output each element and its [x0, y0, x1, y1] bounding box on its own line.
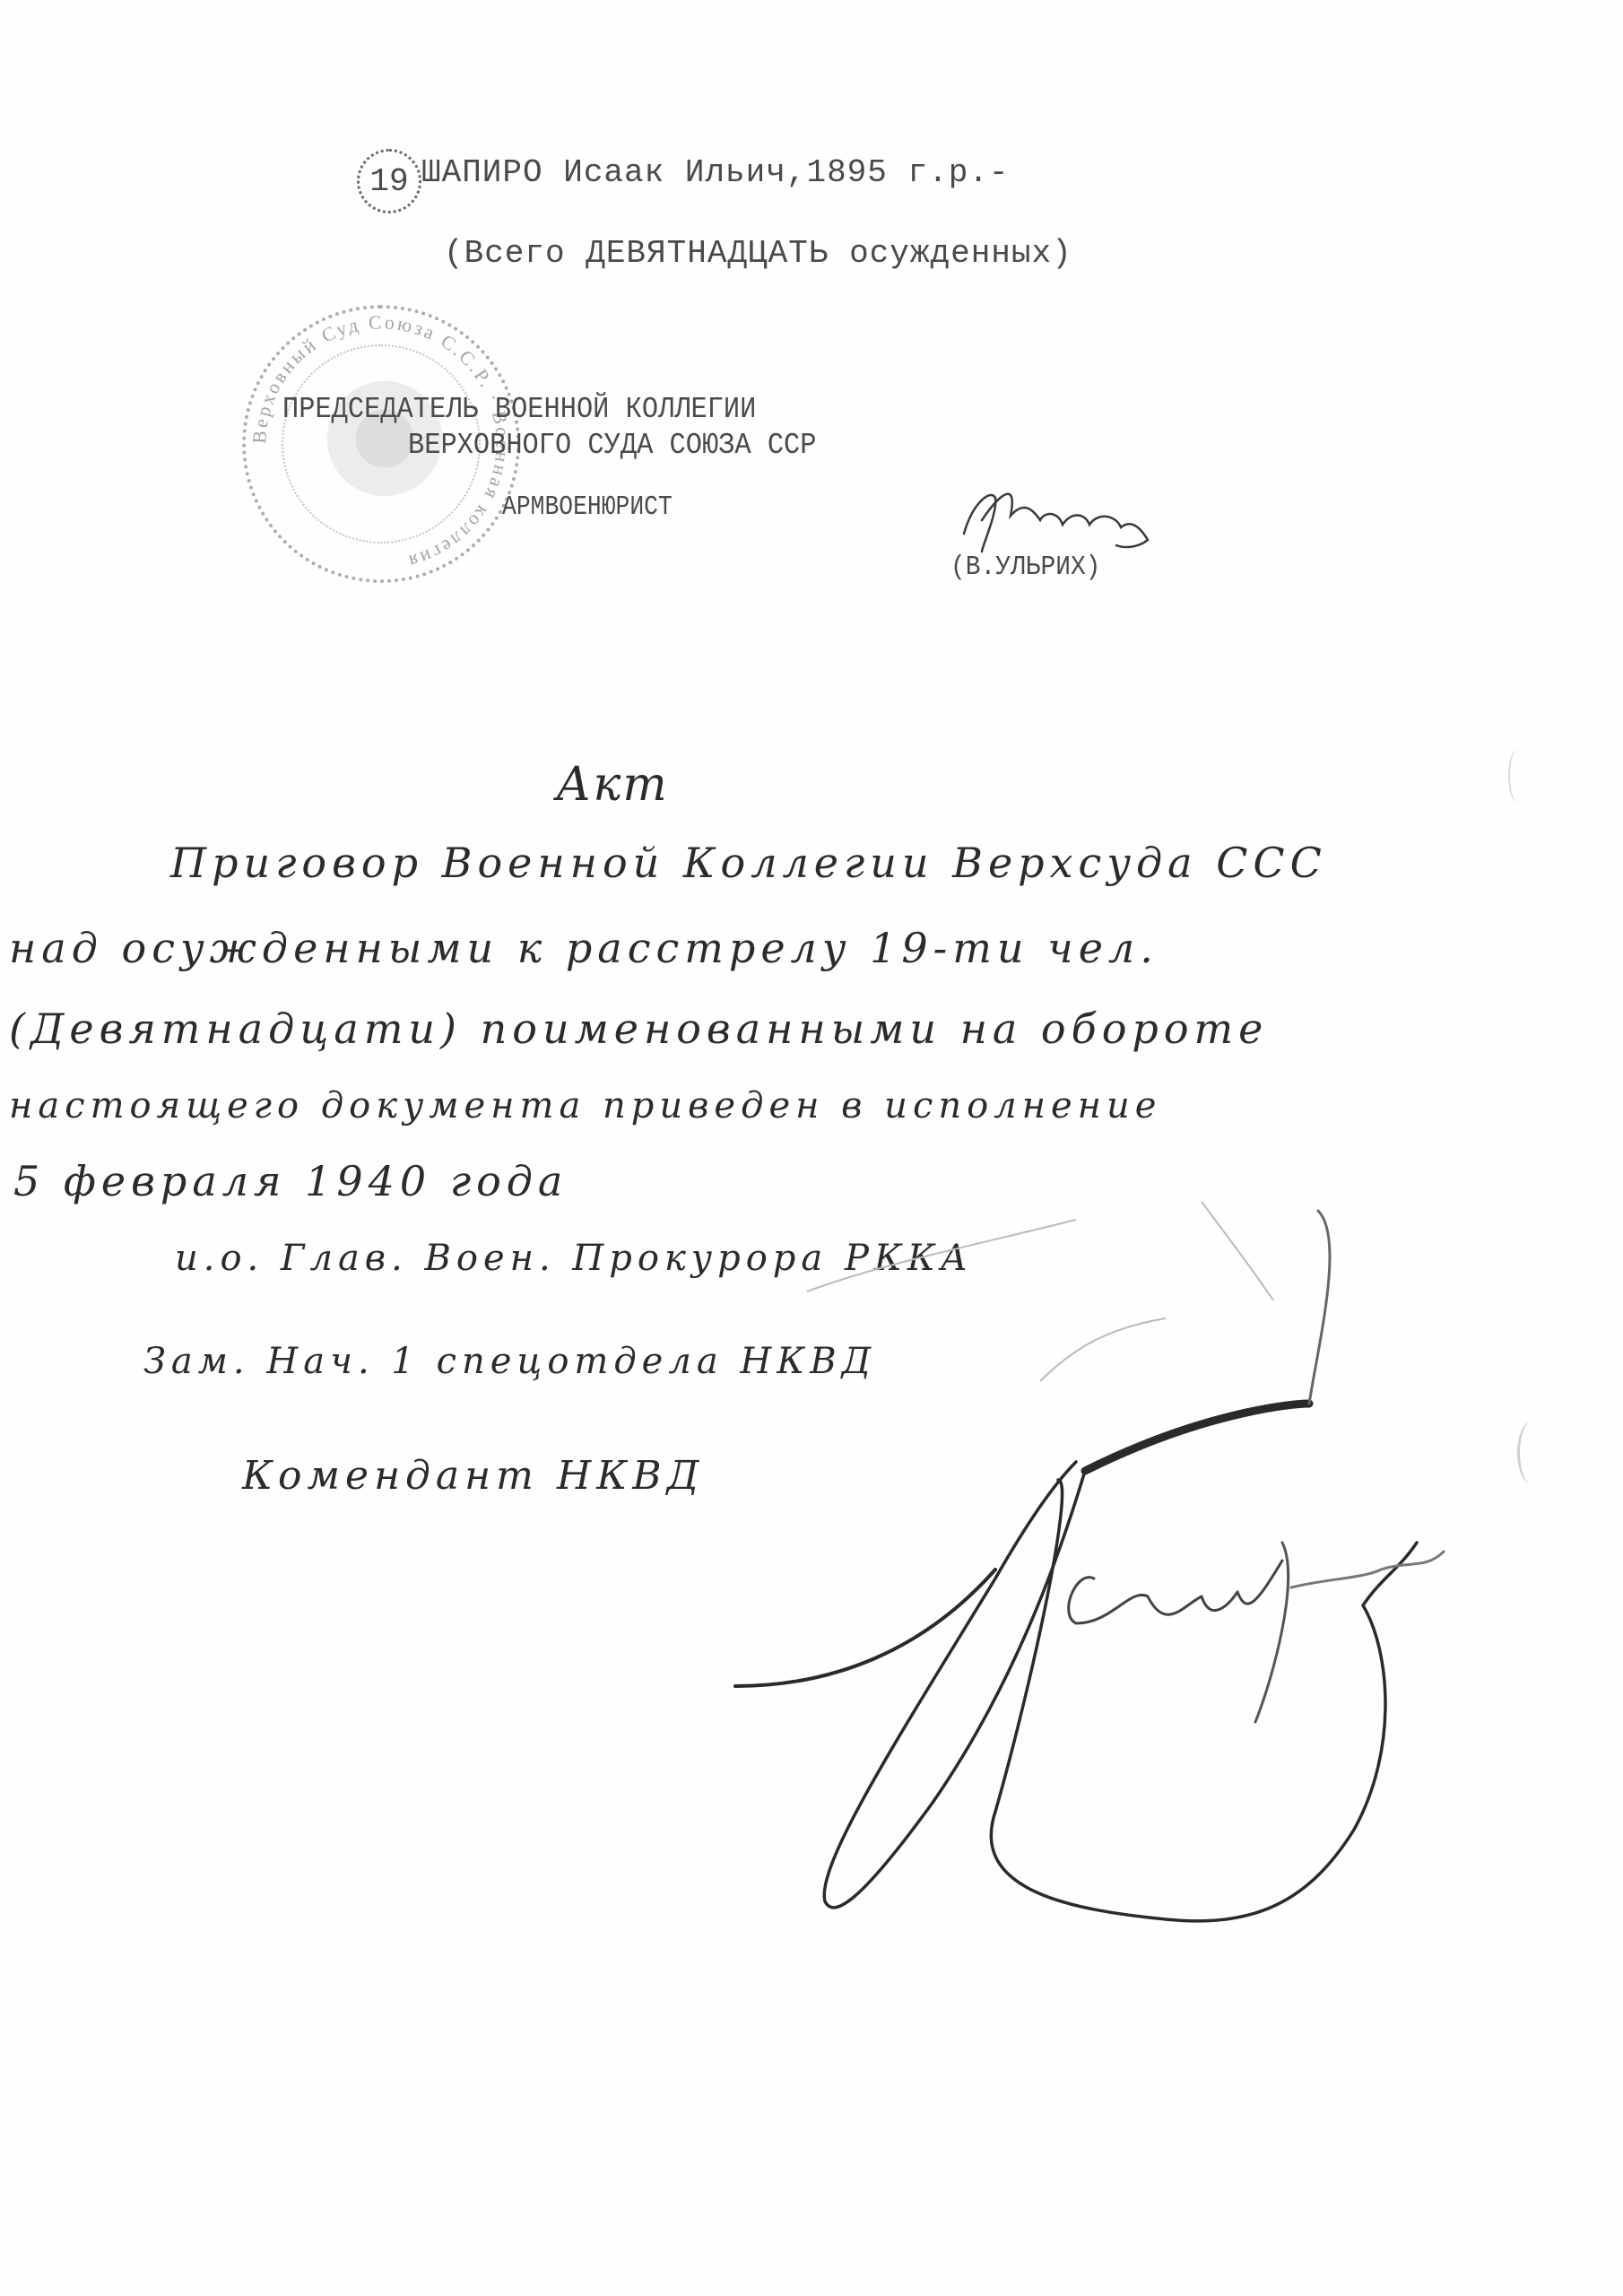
convicted-person-entry: ШАПИРО Исаак Ильич,1895 г.р.-	[421, 154, 1010, 191]
entry-number-circle: 19	[357, 149, 421, 213]
document-page: 19 ШАПИРО Исаак Ильич,1895 г.р.- (Всего …	[0, 0, 1623, 2296]
act-body-line: настоящего документа приведен в исполнен…	[9, 1085, 1161, 1126]
signatory-commandant: Комендант НКВД	[242, 1453, 704, 1499]
margin-mark	[1517, 1422, 1547, 1484]
chairman-title-line2: ВЕРХОВНОГО СУДА СОЮЗА ССР	[408, 429, 816, 462]
margin-mark	[1508, 749, 1528, 803]
act-body-line: 5 февраля 1940 года	[13, 1157, 568, 1205]
total-convicted-note: (Всего ДЕВЯТНАДЦАТЬ осужденных)	[444, 235, 1072, 272]
chairman-title-line1: ПРЕДСЕДАТЕЛЬ ВОЕННОЙ КОЛЛЕГИИ	[282, 393, 756, 426]
ulrikh-signature-icon	[955, 484, 1161, 556]
act-body-line: над осужденными к расстрелу 19-ти чел.	[9, 924, 1159, 972]
act-body-line: Приговор Военной Коллегии Верхсуда ССС	[170, 839, 1327, 887]
act-body-line: (Девятнадцати) поименованными на обороте	[9, 1004, 1268, 1053]
commandant-signature-icon	[699, 1184, 1560, 1946]
entry-number: 19	[369, 163, 408, 200]
act-heading: Акт	[556, 758, 669, 812]
chairman-rank: АРМВОЕНЮРИСТ	[502, 491, 673, 523]
chairman-name: (В.УЛЬРИХ)	[950, 552, 1100, 583]
